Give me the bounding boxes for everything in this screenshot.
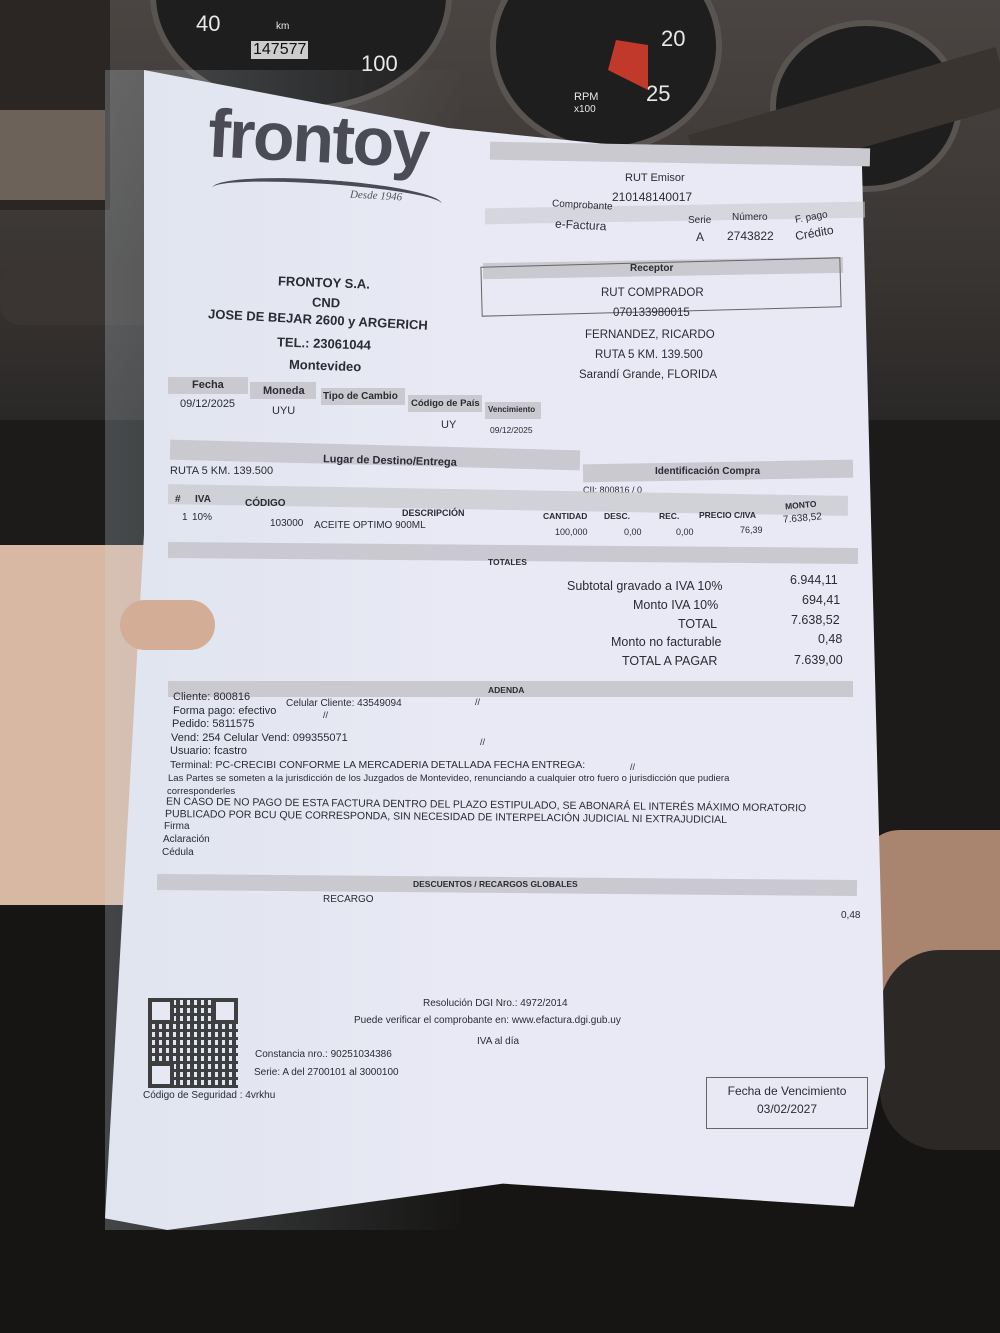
adenda-firma: Firma bbox=[164, 821, 190, 832]
recargo-value: 0,48 bbox=[841, 910, 860, 921]
adenda-forma-pago: Forma pago: efectivo bbox=[173, 705, 276, 717]
no-facturable-label: Monto no facturable bbox=[611, 635, 722, 649]
fpago: Crédito bbox=[794, 223, 835, 244]
adenda-sep-2: // bbox=[323, 710, 328, 720]
receptor-city: Sarandí Grande, FLORIDA bbox=[579, 369, 717, 381]
receptor-name: FERNANDEZ, RICARDO bbox=[585, 329, 715, 341]
row-descripcion: ACEITE OPTIMO 900ML bbox=[314, 520, 426, 531]
moneda: UYU bbox=[272, 405, 295, 417]
no-facturable-value: 0,48 bbox=[818, 632, 842, 646]
emisor-header-bar bbox=[490, 142, 870, 167]
col-rec: REC. bbox=[659, 511, 679, 521]
verificar-url[interactable]: Puede verificar el comprobante en: www.e… bbox=[354, 1015, 621, 1026]
issuer-name: FRONTOY S.A. bbox=[278, 273, 370, 291]
codigo-pais-label: Código de País bbox=[411, 398, 480, 409]
adenda-sep-3: // bbox=[480, 737, 485, 747]
qr-corner bbox=[148, 998, 174, 1024]
adenda-terminal: Terminal: PC-CRECIBI CONFORME LA MERCADE… bbox=[170, 759, 585, 771]
recargo-label: RECARGO bbox=[323, 894, 374, 905]
id-compra-label: Identificación Compra bbox=[655, 466, 760, 477]
rut-emisor: 210148140017 bbox=[612, 190, 692, 204]
adenda-vendedor: Vend: 254 Celular Vend: 099355071 bbox=[171, 732, 348, 744]
adenda-sep-4: // bbox=[630, 762, 635, 772]
row-monto: 7.638,52 bbox=[783, 511, 823, 525]
total-label: TOTAL bbox=[678, 617, 717, 631]
issuer-phone: TEL.: 23061044 bbox=[277, 334, 371, 352]
issuer-branch: CND bbox=[312, 295, 341, 311]
qr-corner bbox=[212, 998, 238, 1024]
codigo-pais: UY bbox=[441, 419, 456, 431]
serie-label: Serie bbox=[688, 215, 711, 226]
qr-code-icon bbox=[148, 998, 238, 1088]
constancia: Constancia nro.: 90251034386 bbox=[255, 1049, 392, 1060]
col-cantidad: CANTIDAD bbox=[543, 511, 587, 521]
iva-label: Monto IVA 10% bbox=[633, 598, 718, 612]
col-desc: DESC. bbox=[604, 511, 630, 521]
destino: RUTA 5 KM. 139.500 bbox=[170, 465, 273, 477]
codigo-seguridad: Código de Seguridad : 4vrkhu bbox=[143, 1090, 275, 1101]
totales-title: TOTALES bbox=[488, 557, 527, 567]
vencimiento-label: Vencimiento bbox=[488, 405, 535, 414]
fecha: 09/12/2025 bbox=[180, 398, 235, 410]
globales-title: DESCUENTOS / RECARGOS GLOBALES bbox=[413, 879, 578, 889]
adenda-sep-1: // bbox=[475, 697, 480, 707]
iva-value: 694,41 bbox=[802, 593, 840, 607]
rut-emisor-label: RUT Emisor bbox=[625, 172, 685, 184]
serie: A bbox=[696, 230, 704, 244]
col-codigo: CÓDIGO bbox=[245, 498, 286, 509]
qr-corner bbox=[148, 1062, 174, 1088]
rut-comprador-label: RUT COMPRADOR bbox=[601, 287, 704, 299]
row-rec: 0,00 bbox=[676, 527, 694, 537]
row-cantidad: 100,000 bbox=[555, 527, 588, 537]
numero-label: Número bbox=[732, 212, 768, 223]
adenda-jurisdiccion-1: Las Partes se someten a la jurisdicción … bbox=[168, 773, 729, 784]
issuer-city: Montevideo bbox=[289, 357, 362, 375]
row-codigo: 103000 bbox=[270, 518, 303, 529]
row-desc: 0,00 bbox=[624, 527, 642, 537]
subtotal-label: Subtotal gravado a IVA 10% bbox=[567, 579, 722, 593]
total-pagar-label: TOTAL A PAGAR bbox=[622, 654, 717, 668]
invoice: frontoy Desde 1946 FRONTOY S.A. CND JOSE… bbox=[0, 0, 1000, 1333]
vencimiento: 09/12/2025 bbox=[490, 425, 533, 435]
row-precio: 76,39 bbox=[740, 525, 763, 535]
adenda-title: ADENDA bbox=[488, 685, 524, 695]
fecha-vencimiento: 03/02/2027 bbox=[707, 1102, 867, 1116]
serie-rango: Serie: A del 2700101 al 3000100 bbox=[254, 1067, 399, 1078]
receptor-address: RUTA 5 KM. 139.500 bbox=[595, 349, 703, 361]
tipo-cambio-label: Tipo de Cambio bbox=[323, 391, 398, 402]
issuer-address: JOSE DE BEJAR 2600 y ARGERICH bbox=[208, 306, 428, 332]
adenda-usuario: Usuario: fcastro bbox=[170, 745, 247, 757]
adenda-pedido: Pedido: 5811575 bbox=[172, 718, 254, 730]
destino-label: Lugar de Destino/Entrega bbox=[323, 453, 457, 468]
row-iva: 10% bbox=[192, 512, 212, 523]
resolucion-dgi: Resolución DGI Nro.: 4972/2014 bbox=[423, 998, 568, 1009]
adenda-cliente: Cliente: 800816 bbox=[173, 691, 250, 703]
fecha-vencimiento-label: Fecha de Vencimiento bbox=[707, 1084, 867, 1098]
adenda-cedula: Cédula bbox=[162, 847, 194, 858]
row-num: 1 bbox=[182, 512, 188, 523]
rut-comprador: 070133980015 bbox=[613, 307, 690, 319]
col-iva: IVA bbox=[195, 494, 211, 505]
fecha-label: Fecha bbox=[192, 379, 224, 391]
fecha-vencimiento-box: Fecha de Vencimiento 03/02/2027 bbox=[706, 1077, 868, 1129]
col-num: # bbox=[175, 494, 181, 505]
brand-logo: frontoy bbox=[206, 94, 430, 183]
col-precio: PRECIO C/IVA bbox=[699, 510, 756, 520]
comprobante-type: e-Factura bbox=[555, 217, 607, 234]
total-pagar-value: 7.639,00 bbox=[794, 653, 843, 667]
col-descripcion: DESCRIPCIÓN bbox=[402, 508, 465, 518]
adenda-celular-cliente: Celular Cliente: 43549094 bbox=[286, 698, 402, 709]
numero: 2743822 bbox=[727, 229, 774, 243]
moneda-label: Moneda bbox=[263, 385, 305, 397]
subtotal-value: 6.944,11 bbox=[790, 573, 838, 587]
total-value: 7.638,52 bbox=[791, 613, 840, 627]
iva-al-dia: IVA al día bbox=[477, 1036, 519, 1047]
adenda-aclaracion: Aclaración bbox=[163, 834, 210, 845]
